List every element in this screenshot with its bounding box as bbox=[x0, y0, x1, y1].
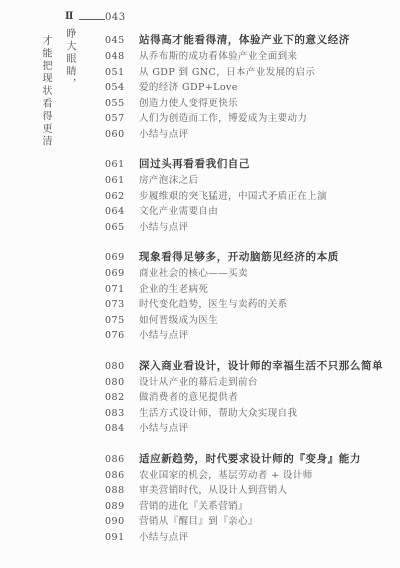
section-heading: 现象看得足够多，开动脑筋见经济的本质 bbox=[139, 249, 339, 264]
toc-item-title: 创造力使人变得更快乐 bbox=[139, 95, 238, 109]
toc-section-3: 069 现象看得足够多，开动脑筋见经济的本质 069 商业社会的核心——买卖 0… bbox=[105, 249, 393, 343]
page-number: 051 bbox=[105, 67, 139, 78]
toc-item-row: 061 房产泡沫之后 bbox=[105, 172, 393, 188]
part-page-row: 043 bbox=[105, 12, 393, 28]
toc-item-title: 做消费者的意见提供者 bbox=[139, 389, 238, 403]
toc-item-row: 076 小结与点评 bbox=[105, 327, 393, 343]
page-number: 090 bbox=[105, 516, 139, 527]
section-heading: 站得高才能看得清，体验产业下的意义经济 bbox=[139, 32, 350, 47]
page-number: 057 bbox=[105, 113, 139, 124]
page-number: 073 bbox=[105, 299, 139, 310]
toc-item-title: 文化产业需要自由 bbox=[139, 203, 218, 217]
toc-item-row: 054 爱的经济 GDP+Love bbox=[105, 79, 393, 95]
page-number: 084 bbox=[105, 423, 139, 434]
toc-item-row: 062 步履维艰的突飞猛进，中国式矛盾正在上演 bbox=[105, 188, 393, 204]
page-number: 089 bbox=[105, 501, 139, 512]
part-vertical-title-line-1: 睁大眼睛， bbox=[57, 28, 81, 178]
page-number: 082 bbox=[105, 392, 139, 403]
toc-item-title: 小结与点评 bbox=[139, 327, 189, 341]
toc-section-4: 080 深入商业看设计，设计师的幸福生活不只那么简单 080 设计从产业的幕后走… bbox=[105, 358, 393, 436]
toc-item-title: 步履维艰的突飞猛进，中国式矛盾正在上演 bbox=[139, 188, 327, 202]
page-number: 088 bbox=[105, 485, 139, 496]
part-dash-line bbox=[79, 19, 105, 20]
toc-item-row: 073 时代变化趋势，医生与卖药的关系 bbox=[105, 296, 393, 312]
toc-item-row: 065 小结与点评 bbox=[105, 219, 393, 235]
toc-item-title: 设计从产业的幕后走到前台 bbox=[139, 374, 258, 388]
page-number: 091 bbox=[105, 532, 139, 543]
toc-item-title: 审美营销时代，从设计人到营销人 bbox=[139, 482, 288, 496]
toc-heading-row: 086 适应新趋势，时代要求设计师的『变身』能力 bbox=[105, 451, 393, 467]
toc-item-row: 075 如何晋级成为医生 bbox=[105, 312, 393, 328]
section-heading: 回过头再看看我们自己 bbox=[139, 156, 250, 171]
page-number: 083 bbox=[105, 408, 139, 419]
toc-item-row: 055 创造力使人变得更快乐 bbox=[105, 95, 393, 111]
page-number: 045 bbox=[105, 35, 139, 46]
toc-item-title: 营销从『醒目』到『亲心』 bbox=[139, 513, 258, 527]
toc-item-title: 从乔布斯的成功看体验产业全面到来 bbox=[139, 48, 297, 62]
page-number: 055 bbox=[105, 98, 139, 109]
page-number: 080 bbox=[105, 361, 139, 372]
toc-item-row: 090 营销从『醒目』到『亲心』 bbox=[105, 513, 393, 529]
toc-item-row: 080 设计从产业的幕后走到前台 bbox=[105, 374, 393, 390]
part-vertical-title-line-2: 才能把现状看得更清 bbox=[33, 28, 57, 178]
page-number: 061 bbox=[105, 175, 139, 186]
toc-item-row: 084 小结与点评 bbox=[105, 420, 393, 436]
toc-list: 043 045 站得高才能看得清，体验产业下的意义经济 048 从乔布斯的成功看… bbox=[105, 12, 393, 544]
toc-item-row: 086 农业国家的机会，基层劳动者 + 设计师 bbox=[105, 467, 393, 483]
page-number: 069 bbox=[105, 252, 139, 263]
part-numeral: Ⅱ bbox=[65, 11, 73, 22]
toc-section-2: 061 回过头再看看我们自己 061 房产泡沫之后 062 步履维艰的突飞猛进，… bbox=[105, 156, 393, 234]
toc-item-title: 小结与点评 bbox=[139, 219, 189, 233]
toc-heading-row: 045 站得高才能看得清，体验产业下的意义经济 bbox=[105, 32, 393, 48]
toc-item-title: 企业的生老病死 bbox=[139, 281, 208, 295]
page-number: 086 bbox=[105, 470, 139, 481]
toc-item-row: 089 营销的进化『关系营销』 bbox=[105, 498, 393, 514]
toc-item-title: 时代变化趋势，医生与卖药的关系 bbox=[139, 296, 288, 310]
toc-item-row: 069 商业社会的核心——买卖 bbox=[105, 265, 393, 281]
toc-item-row: 088 审美营销时代，从设计人到营销人 bbox=[105, 482, 393, 498]
toc-heading-row: 080 深入商业看设计，设计师的幸福生活不只那么简单 bbox=[105, 358, 393, 374]
toc-item-title: 人们为创造而工作，博爱成为主要动力 bbox=[139, 110, 307, 124]
toc-item-row: 083 生活方式设计师，帮助大众实现自我 bbox=[105, 405, 393, 421]
toc-item-row: 091 小结与点评 bbox=[105, 529, 393, 545]
toc-item-title: 小结与点评 bbox=[139, 420, 189, 434]
toc-item-row: 060 小结与点评 bbox=[105, 126, 393, 142]
page-number: 054 bbox=[105, 82, 139, 93]
toc-item-title: 爱的经济 GDP+Love bbox=[139, 79, 238, 93]
toc-item-title: 营销的进化『关系营销』 bbox=[139, 498, 248, 512]
toc-item-row: 082 做消费者的意见提供者 bbox=[105, 389, 393, 405]
toc-item-row: 057 人们为创造而工作，博爱成为主要动力 bbox=[105, 110, 393, 126]
page-number: 061 bbox=[105, 159, 139, 170]
page-number: 064 bbox=[105, 206, 139, 217]
toc-heading-row: 069 现象看得足够多，开动脑筋见经济的本质 bbox=[105, 249, 393, 265]
toc-item-title: 小结与点评 bbox=[139, 126, 189, 140]
part-vertical-title: 睁大眼睛， 才能把现状看得更清 bbox=[33, 28, 81, 178]
toc-item-title: 如何晋级成为医生 bbox=[139, 312, 218, 326]
toc-item-row: 064 文化产业需要自由 bbox=[105, 203, 393, 219]
toc-item-row: 051 从 GDP 到 GNC，日本产业发展的启示 bbox=[105, 64, 393, 80]
toc-section-5: 086 适应新趋势，时代要求设计师的『变身』能力 086 农业国家的机会，基层劳… bbox=[105, 451, 393, 545]
page-number: 069 bbox=[105, 268, 139, 279]
toc-item-title: 房产泡沫之后 bbox=[139, 172, 198, 186]
book-toc-page: Ⅱ 睁大眼睛， 才能把现状看得更清 043 045 站得高才能看得清，体验产业下… bbox=[0, 0, 400, 568]
page-number: 086 bbox=[105, 454, 139, 465]
toc-section-1: 045 站得高才能看得清，体验产业下的意义经济 048 从乔布斯的成功看体验产业… bbox=[105, 32, 393, 141]
toc-item-title: 生活方式设计师，帮助大众实现自我 bbox=[139, 405, 297, 419]
page-number: 076 bbox=[105, 330, 139, 341]
page-number: 062 bbox=[105, 191, 139, 202]
page-number: 048 bbox=[105, 51, 139, 62]
page-number: 071 bbox=[105, 284, 139, 295]
toc-item-title: 商业社会的核心——买卖 bbox=[139, 265, 248, 279]
page-number: 065 bbox=[105, 222, 139, 233]
toc-item-title: 从 GDP 到 GNC，日本产业发展的启示 bbox=[139, 64, 315, 78]
page-number: 060 bbox=[105, 129, 139, 140]
toc-item-row: 071 企业的生老病死 bbox=[105, 281, 393, 297]
section-heading: 深入商业看设计，设计师的幸福生活不只那么简单 bbox=[139, 358, 383, 373]
part-page-number: 043 bbox=[105, 12, 139, 23]
section-heading: 适应新趋势，时代要求设计师的『变身』能力 bbox=[139, 451, 361, 466]
toc-item-row: 048 从乔布斯的成功看体验产业全面到来 bbox=[105, 48, 393, 64]
toc-item-title: 农业国家的机会，基层劳动者 + 设计师 bbox=[139, 467, 313, 481]
toc-item-title: 小结与点评 bbox=[139, 529, 189, 543]
page-number: 080 bbox=[105, 377, 139, 388]
page-number: 075 bbox=[105, 315, 139, 326]
toc-heading-row: 061 回过头再看看我们自己 bbox=[105, 156, 393, 172]
